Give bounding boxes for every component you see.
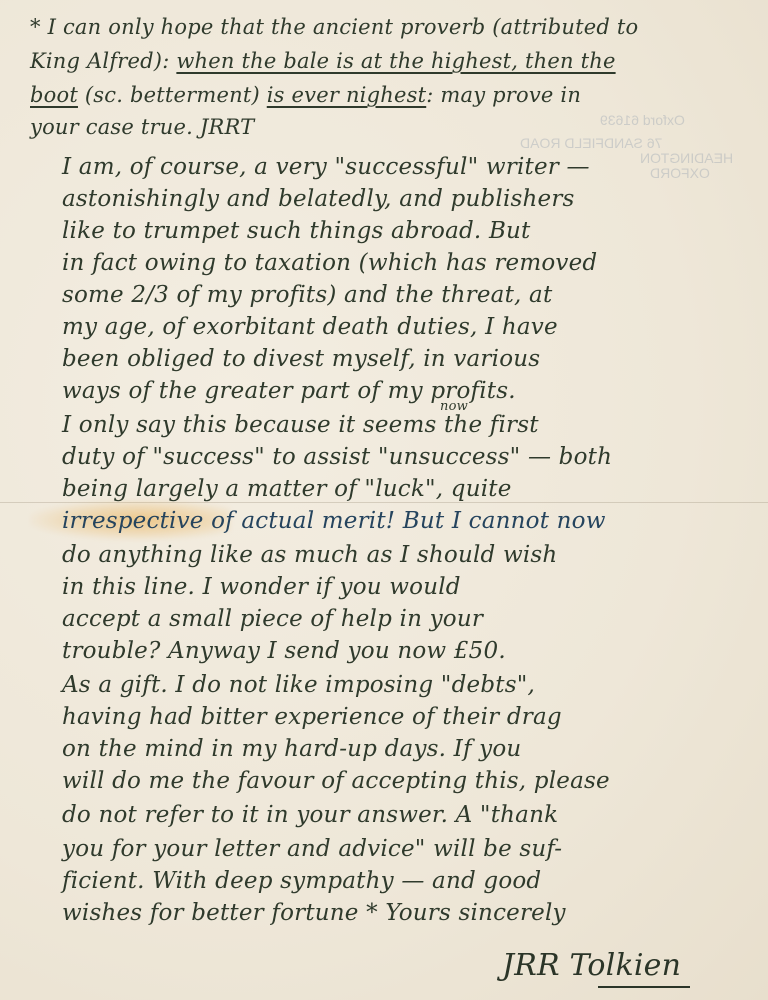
body-line: astonishingly and belatedly, and publish… bbox=[62, 184, 575, 214]
signature: JRR Tolkien bbox=[502, 948, 681, 983]
body-line: my age, of exorbitant death duties, I ha… bbox=[62, 312, 558, 342]
body-line: like to trumpet such things abroad. But bbox=[62, 216, 531, 246]
signature-underline bbox=[598, 986, 690, 988]
letterhead-phone-showthrough: Oxford 61639 bbox=[600, 112, 685, 128]
body-line: will do me the favour of accepting this,… bbox=[62, 766, 610, 796]
postscript-line: * I can only hope that the ancient prove… bbox=[30, 12, 638, 42]
body-line: irrespective of actual merit! But I cann… bbox=[62, 506, 606, 536]
postscript-line: your case true. JRRT bbox=[30, 112, 254, 142]
body-line: having had bitter experience of their dr… bbox=[62, 702, 562, 732]
body-line: you for your letter and advice" will be … bbox=[62, 834, 562, 864]
body-line: some 2/3 of my profits) and the threat, … bbox=[62, 280, 552, 310]
body-line: I only say this because it seems the fir… bbox=[62, 410, 539, 440]
body-line: on the mind in my hard-up days. If you bbox=[62, 734, 521, 764]
postscript-line: King Alfred): when the bale is at the hi… bbox=[30, 46, 616, 76]
body-line: duty of "success" to assist "unsuccess" … bbox=[62, 442, 612, 472]
body-line: wishes for better fortune * Yours sincer… bbox=[62, 898, 566, 928]
body-line: I am, of course, a very "successful" wri… bbox=[62, 152, 590, 182]
body-line: trouble? Anyway I send you now £50. bbox=[62, 636, 506, 666]
body-line: ficient. With deep sympathy — and good bbox=[62, 866, 541, 896]
body-line: do not refer to it in your answer. A "th… bbox=[62, 800, 558, 830]
body-line: accept a small piece of help in your bbox=[62, 604, 483, 634]
body-line: As a gift. I do not like imposing "debts… bbox=[62, 670, 535, 700]
letterhead-address-showthrough: HEADINGTON bbox=[640, 150, 733, 166]
body-line: do anything like as much as I should wis… bbox=[62, 540, 557, 570]
body-line: being largely a matter of "luck", quite bbox=[62, 474, 512, 504]
proverb-underlined: when the bale is at the highest, then th… bbox=[176, 49, 615, 73]
letterhead-address-showthrough: 76 SANDFIELD ROAD bbox=[520, 135, 662, 151]
postscript-line: boot (sc. betterment) is ever nighest: m… bbox=[30, 80, 581, 110]
asterisk-marker: * bbox=[30, 15, 41, 39]
letterhead-address-showthrough: OXFORD bbox=[650, 165, 710, 181]
body-line: been obliged to divest myself, in variou… bbox=[62, 344, 540, 374]
body-line: in fact owing to taxation (which has rem… bbox=[62, 248, 597, 278]
body-line: in this line. I wonder if you would bbox=[62, 572, 461, 602]
